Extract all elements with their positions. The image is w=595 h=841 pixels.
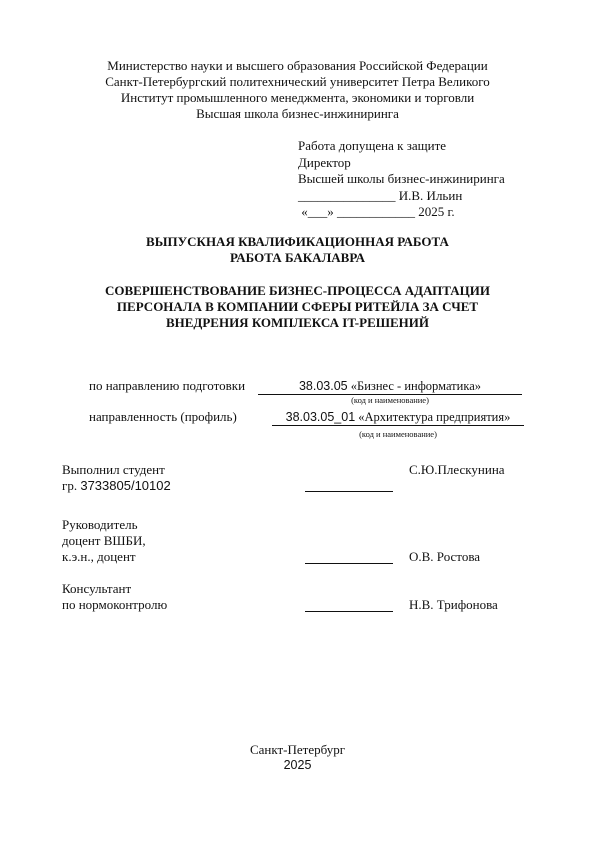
date-close-quote: »	[327, 204, 334, 219]
supervisor-signature-line	[305, 549, 393, 564]
director-signature-row: _______________ И.В. Ильин	[298, 188, 505, 205]
supervisor-role: Руководитель доцент ВШБИ, к.э.н., доцент	[62, 517, 146, 565]
supervisor-role-line1: Руководитель	[62, 517, 146, 533]
ministry-line: Министерство науки и высшего образования…	[0, 58, 595, 74]
profile-label: направленность (профиль)	[89, 409, 237, 425]
thesis-title-line3: ВНЕДРЕНИЯ КОМПЛЕКСА IT-РЕШЕНИЙ	[0, 315, 595, 331]
approval-block: Работа допущена к защите Директор Высшей…	[298, 138, 505, 221]
student-role-line: Выполнил студент	[62, 462, 171, 478]
footer-city: Санкт-Петербург	[0, 742, 595, 758]
consultant-role-line2: по нормоконтролю	[62, 597, 167, 613]
date-year: 2025 г.	[418, 204, 454, 219]
profile-code: 38.03.05_01	[286, 410, 356, 424]
consultant-role-line1: Консультант	[62, 581, 167, 597]
direction-label: по направлению подготовки	[89, 378, 245, 394]
school-line: Высшая школа бизнес-инжиниринга	[0, 106, 595, 122]
consultant-name: Н.В. Трифонова	[409, 597, 498, 613]
director-school: Высшей школы бизнес-инжиниринга	[298, 171, 505, 188]
group-prefix: гр.	[62, 478, 77, 493]
profile-name: «Архитектура предприятия»	[358, 410, 510, 424]
consultant-role: Консультант по нормоконтролю	[62, 581, 167, 613]
director-title: Директор	[298, 155, 505, 172]
approval-date-row: «___» ____________ 2025 г.	[298, 204, 505, 221]
date-day-blank: ___	[308, 204, 328, 219]
footer-year: 2025	[0, 758, 595, 772]
profile-caption: (код и наименование)	[272, 429, 524, 439]
work-type-line1: ВЫПУСКНАЯ КВАЛИФИКАЦИОННАЯ РАБОТА	[0, 234, 595, 250]
student-name: С.Ю.Плескунина	[409, 462, 505, 478]
thesis-title-line1: СОВЕРШЕНСТВОВАНИЕ БИЗНЕС-ПРОЦЕССА АДАПТА…	[0, 283, 595, 299]
direction-code: 38.03.05	[299, 379, 348, 393]
student-group-line: гр. 3733805/10102	[62, 478, 171, 494]
direction-caption: (код и наименование)	[258, 395, 522, 405]
group-number: 3733805/10102	[80, 478, 170, 493]
institution-header: Министерство науки и высшего образования…	[0, 58, 595, 122]
work-type-line2: РАБОТА БАКАЛАВРА	[0, 250, 595, 266]
thesis-title-line2: ПЕРСОНАЛА В КОМПАНИИ СФЕРЫ РИТЕЙЛА ЗА СЧ…	[0, 299, 595, 315]
consultant-signature-line	[305, 597, 393, 612]
student-role: Выполнил студент гр. 3733805/10102	[62, 462, 171, 494]
student-signature-line	[305, 477, 393, 492]
supervisor-role-line2: доцент ВШБИ,	[62, 533, 146, 549]
university-line: Санкт-Петербургский политехнический унив…	[0, 74, 595, 90]
direction-name: «Бизнес - информатика»	[351, 379, 481, 393]
supervisor-role-line3: к.э.н., доцент	[62, 549, 146, 565]
institute-line: Институт промышленного менеджмента, экон…	[0, 90, 595, 106]
profile-value: 38.03.05_01 «Архитектура предприятия»	[272, 410, 524, 426]
work-type: ВЫПУСКНАЯ КВАЛИФИКАЦИОННАЯ РАБОТА РАБОТА…	[0, 234, 595, 266]
date-month-blank: ____________	[337, 204, 415, 219]
approval-line: Работа допущена к защите	[298, 138, 505, 155]
signature-blank: _______________	[298, 188, 396, 203]
thesis-title: СОВЕРШЕНСТВОВАНИЕ БИЗНЕС-ПРОЦЕССА АДАПТА…	[0, 283, 595, 331]
director-name: И.В. Ильин	[399, 188, 463, 203]
supervisor-name: О.В. Ростова	[409, 549, 480, 565]
direction-value: 38.03.05 «Бизнес - информатика»	[258, 379, 522, 395]
